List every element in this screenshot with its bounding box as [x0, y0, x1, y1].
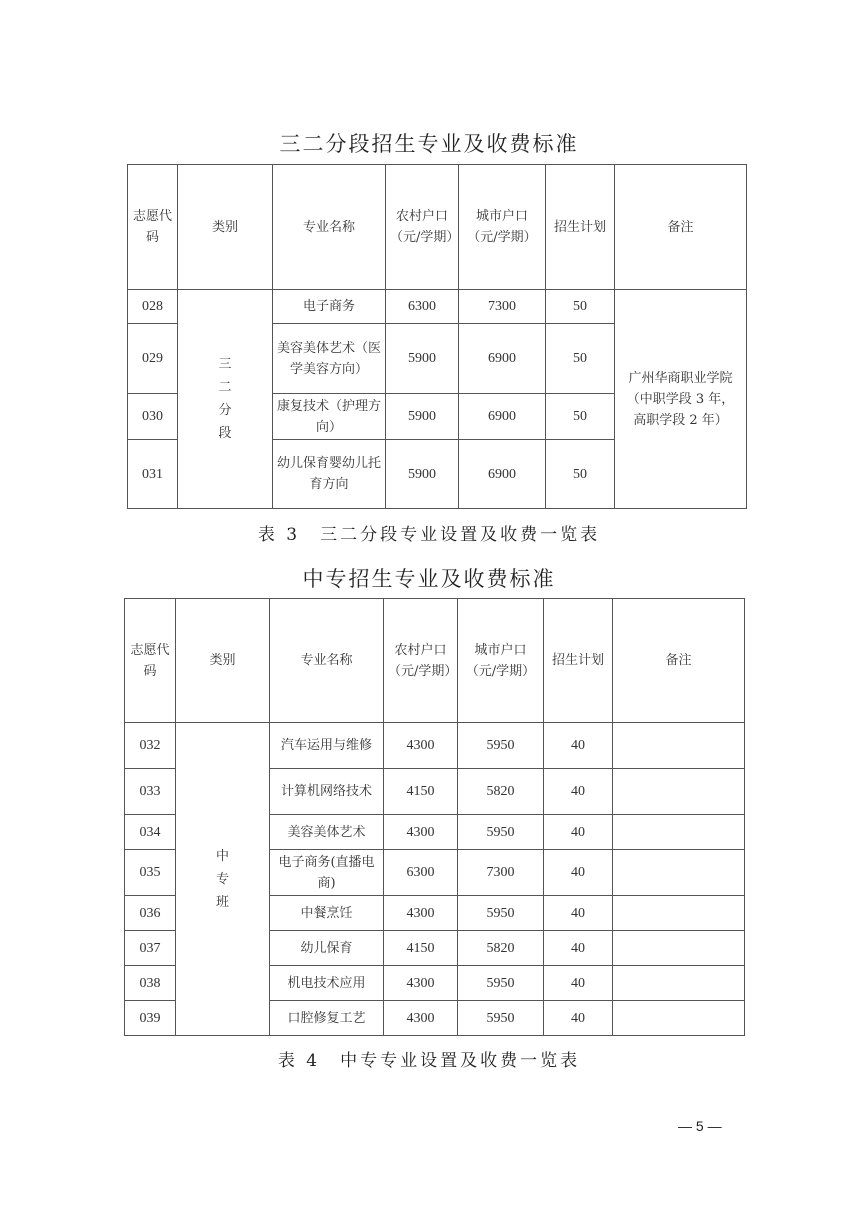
cell-major: 汽车运用与维修 [270, 723, 384, 769]
header-plan: 招生计划 [546, 165, 615, 290]
cell-rural: 5900 [386, 394, 459, 440]
cell-rural: 4300 [384, 1001, 458, 1036]
header-note: 备注 [613, 599, 745, 723]
cell-code: 030 [128, 394, 178, 440]
header-rural-label: 农村户口（元/学期） [390, 209, 459, 245]
cell-urban: 5950 [458, 723, 544, 769]
cell-code: 033 [125, 769, 176, 815]
cell-major: 美容美体艺术（医学美容方向） [273, 324, 386, 394]
cell-rural: 6300 [384, 850, 458, 896]
cell-code: 032 [125, 723, 176, 769]
cell-major: 美容美体艺术 [270, 815, 384, 850]
cell-code: 035 [125, 850, 176, 896]
cell-rural: 4300 [384, 966, 458, 1001]
cell-rural: 5900 [386, 324, 459, 394]
cell-urban: 5820 [458, 931, 544, 966]
cell-code: 037 [125, 931, 176, 966]
cell-urban: 5820 [458, 769, 544, 815]
cell-rural: 4150 [384, 931, 458, 966]
cell-plan: 40 [544, 723, 613, 769]
header-note-label: 备注 [667, 220, 693, 235]
table3-header-row: 志愿代码 类别 专业名称 农村户口（元/学期） 城市户口（元/学期） 招生计划 … [128, 165, 747, 290]
table3: 志愿代码 类别 专业名称 农村户口（元/学期） 城市户口（元/学期） 招生计划 … [127, 164, 747, 509]
table-row: 028 三二分段 电子商务 6300 7300 50 广州华商职业学院（中职学段… [128, 290, 747, 324]
cell-major: 口腔修复工艺 [270, 1001, 384, 1036]
category-label: 中专班 [215, 845, 231, 914]
header-category-label: 类别 [209, 653, 235, 668]
cell-note [613, 769, 745, 815]
cell-rural: 4300 [384, 815, 458, 850]
cell-urban: 5950 [458, 815, 544, 850]
page-number: — 5 — [678, 1118, 722, 1134]
cell-rural: 4150 [384, 769, 458, 815]
category-label: 三二分段 [217, 353, 233, 445]
header-note: 备注 [615, 165, 747, 290]
header-rural: 农村户口（元/学期） [386, 165, 459, 290]
cell-urban: 7300 [458, 850, 544, 896]
header-plan: 招生计划 [544, 599, 613, 723]
cell-code: 029 [128, 324, 178, 394]
cell-major: 计算机网络技术 [270, 769, 384, 815]
cell-urban: 6900 [459, 324, 546, 394]
header-code: 志愿代码 [128, 165, 178, 290]
cell-urban: 5950 [458, 896, 544, 931]
cell-plan: 40 [544, 815, 613, 850]
cell-major: 电子商务(直播电商) [270, 850, 384, 896]
cell-major: 康复技术（护理方向） [273, 394, 386, 440]
cell-major: 机电技术应用 [270, 966, 384, 1001]
cell-code: 036 [125, 896, 176, 931]
cell-code: 038 [125, 966, 176, 1001]
header-category: 类别 [176, 599, 270, 723]
table4: 志愿代码 类别 专业名称 农村户口（元/学期） 城市户口（元/学期） 招生计划 … [124, 598, 745, 1036]
header-category: 类别 [178, 165, 273, 290]
header-urban-label: 城市户口（元/学期） [467, 209, 536, 245]
header-major: 专业名称 [270, 599, 384, 723]
cell-plan: 50 [546, 394, 615, 440]
header-major: 专业名称 [273, 165, 386, 290]
cell-note [613, 850, 745, 896]
cell-plan: 40 [544, 966, 613, 1001]
header-urban-label: 城市户口（元/学期） [466, 643, 535, 679]
header-note-label: 备注 [665, 653, 691, 668]
table4-header-row: 志愿代码 类别 专业名称 农村户口（元/学期） 城市户口（元/学期） 招生计划 … [125, 599, 745, 723]
cell-plan: 40 [544, 769, 613, 815]
cell-note: 广州华商职业学院（中职学段 3 年，高职学段 2 年） [615, 290, 747, 509]
cell-plan: 50 [546, 324, 615, 394]
cell-code: 028 [128, 290, 178, 324]
cell-plan: 50 [546, 290, 615, 324]
header-plan-label: 招生计划 [554, 220, 606, 235]
cell-category: 三二分段 [178, 290, 273, 509]
table3-title: 三二分段招生专业及收费标准 [0, 128, 858, 158]
table4-title: 中专招生专业及收费标准 [0, 563, 858, 593]
cell-plan: 40 [544, 931, 613, 966]
table3-caption: 表 3 三二分段专业设置及收费一览表 [0, 520, 858, 545]
table4-caption: 表 4 中专专业设置及收费一览表 [0, 1046, 858, 1071]
cell-major: 电子商务 [273, 290, 386, 324]
cell-note [613, 723, 745, 769]
cell-plan: 50 [546, 440, 615, 509]
header-category-label: 类别 [212, 220, 238, 235]
cell-code: 031 [128, 440, 178, 509]
cell-note [613, 931, 745, 966]
header-rural: 农村户口（元/学期） [384, 599, 458, 723]
header-code: 志愿代码 [125, 599, 176, 723]
header-major-label: 专业名称 [303, 220, 355, 235]
cell-rural: 4300 [384, 723, 458, 769]
cell-note [613, 1001, 745, 1036]
cell-plan: 40 [544, 896, 613, 931]
cell-major: 幼儿保育 [270, 931, 384, 966]
cell-code: 039 [125, 1001, 176, 1036]
cell-urban: 5950 [458, 1001, 544, 1036]
header-plan-label: 招生计划 [552, 653, 604, 668]
cell-urban: 6900 [459, 440, 546, 509]
header-major-label: 专业名称 [300, 653, 352, 668]
header-urban: 城市户口（元/学期） [459, 165, 546, 290]
cell-code: 034 [125, 815, 176, 850]
cell-major: 幼儿保育婴幼儿托育方向 [273, 440, 386, 509]
cell-plan: 40 [544, 850, 613, 896]
cell-note [613, 966, 745, 1001]
cell-major: 中餐烹饪 [270, 896, 384, 931]
cell-urban: 5950 [458, 966, 544, 1001]
header-rural-label: 农村户口（元/学期） [388, 643, 457, 679]
cell-category: 中专班 [176, 723, 270, 1036]
header-code-label: 志愿代码 [133, 209, 172, 245]
table-row: 032 中专班 汽车运用与维修 4300 5950 40 [125, 723, 745, 769]
cell-urban: 6900 [459, 394, 546, 440]
cell-urban: 7300 [459, 290, 546, 324]
cell-note [613, 896, 745, 931]
header-code-label: 志愿代码 [130, 643, 169, 679]
cell-rural: 4300 [384, 896, 458, 931]
header-urban: 城市户口（元/学期） [458, 599, 544, 723]
cell-plan: 40 [544, 1001, 613, 1036]
cell-rural: 6300 [386, 290, 459, 324]
cell-rural: 5900 [386, 440, 459, 509]
cell-note [613, 815, 745, 850]
